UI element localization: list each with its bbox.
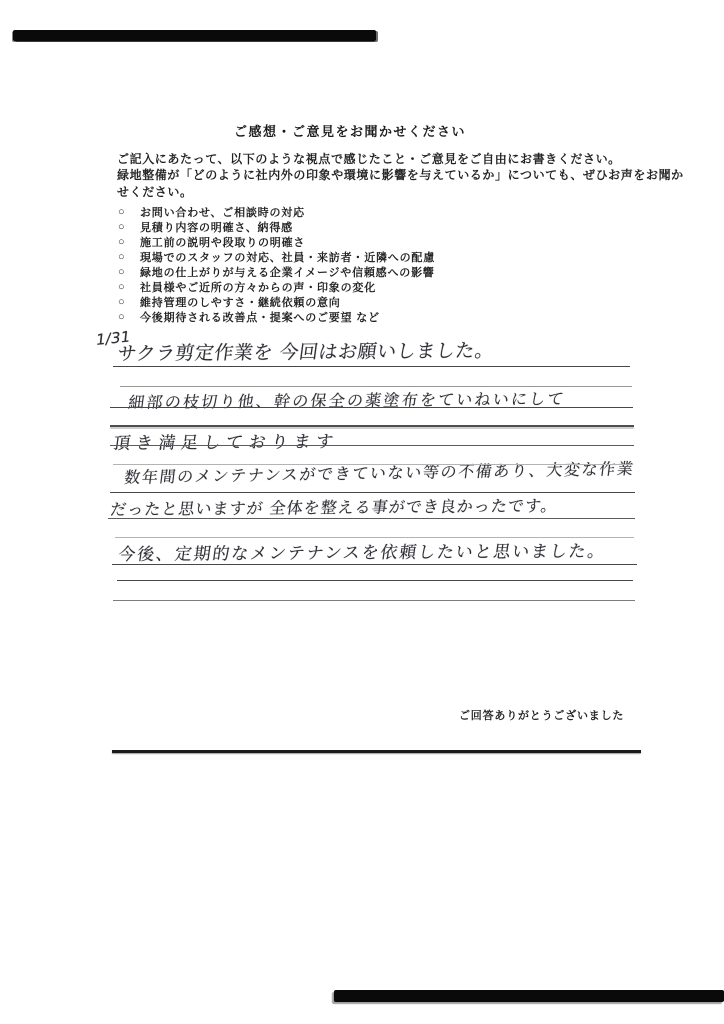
ruled-line <box>113 366 630 367</box>
ruled-line <box>115 537 634 538</box>
feedback-point: ○ 現場でのスタッフの対応、社員・来訪者・近隣への配慮 <box>118 249 598 264</box>
ruled-line <box>113 600 635 601</box>
feedback-point-label: 今後期待される改善点・提案へのご要望 など <box>140 309 380 325</box>
handwritten-line: サクラ剪定作業を 今回はお願いしました。 <box>116 336 496 366</box>
feedback-point: ○ 緑地の仕上がりが与える企業イメージや信頼感への影響 <box>118 264 598 279</box>
feedback-point: ○ 今後期待される改善点・提案へのご要望 など <box>118 310 598 325</box>
feedback-point: ○ 社員様やご近所の方々からの声・印象の変化 <box>118 279 598 294</box>
circle-bullet-icon: ○ <box>118 206 140 218</box>
ruled-line <box>112 564 637 565</box>
feedback-point-label: 見積り内容の明確さ、納得感 <box>140 219 293 235</box>
circle-bullet-icon: ○ <box>118 281 140 293</box>
footer-divider-line <box>112 750 641 753</box>
page-title: ご感想・ご意見をお聞かせください <box>120 121 580 140</box>
circle-bullet-icon: ○ <box>118 266 140 278</box>
circle-bullet-icon: ○ <box>118 236 140 248</box>
ruled-line <box>110 407 633 408</box>
circle-bullet-icon: ○ <box>118 251 140 263</box>
intro-line: せください。 <box>117 184 677 200</box>
ruled-line <box>108 518 635 519</box>
intro-line: 緑地整備が「どのように社内外の印象や環境に影響を与えているか」についても、ぜひお… <box>117 167 677 183</box>
intro-paragraph: ご記入にあたって、以下のような視点で感じたこと・ご意見をご自由にお書きください。… <box>117 151 677 200</box>
feedback-point-list: ○ お問い合わせ、ご相談時の対応 ○ 見積り内容の明確さ、納得感 ○ 施工前の説… <box>118 204 598 325</box>
feedback-point: ○ 見積り内容の明確さ、納得感 <box>118 219 598 234</box>
feedback-point-label: 社員様やご近所の方々からの声・印象の変化 <box>140 279 376 295</box>
feedback-point-label: 維持管理のしやすさ・継続依頼の意向 <box>140 294 341 310</box>
handwritten-line: 数年間のメンテナンスができていない等の不備あり、大変な作業 <box>123 456 636 488</box>
scanned-feedback-form: ご感想・ご意見をお聞かせください ご記入にあたって、以下のような視点で感じたこと… <box>0 0 724 1024</box>
ruled-line <box>113 464 633 465</box>
ruled-line <box>110 492 635 493</box>
feedback-point: ○ 維持管理のしやすさ・継続依頼の意向 <box>118 295 598 310</box>
circle-bullet-icon: ○ <box>118 311 140 323</box>
ruled-line <box>110 425 634 427</box>
feedback-point-label: 緑地の仕上がりが与える企業イメージや信頼感への影響 <box>140 264 435 280</box>
feedback-point: ○ 施工前の説明や段取りの明確さ <box>118 234 598 249</box>
handwritten-line: 細部の枝切り他、幹の保全の薬塗布をていねいにして <box>127 386 567 413</box>
scan-artifact-bar-bottom <box>334 990 724 1002</box>
ruled-line <box>120 386 632 387</box>
circle-bullet-icon: ○ <box>118 296 140 308</box>
ruled-line <box>117 580 633 581</box>
handwritten-line: だったと思いますが 全体を整える事ができ良かったです。 <box>109 493 559 520</box>
feedback-point-label: 現場でのスタッフの対応、社員・来訪者・近隣への配慮 <box>140 249 435 265</box>
handwritten-line: 頂き満足しております <box>112 427 341 454</box>
feedback-point-label: お問い合わせ、ご相談時の対応 <box>140 204 305 220</box>
feedback-point: ○ お問い合わせ、ご相談時の対応 <box>118 204 598 219</box>
circle-bullet-icon: ○ <box>118 221 140 233</box>
scan-artifact-bar-top <box>13 30 376 41</box>
feedback-point-label: 施工前の説明や段取りの明確さ <box>140 234 305 250</box>
handwritten-line: 今後、定期的なメンテナンスを依頼したいと思いました。 <box>117 537 608 565</box>
ruled-line <box>110 445 634 446</box>
thanks-note: ご回答ありがとうございました <box>459 707 624 723</box>
intro-line: ご記入にあたって、以下のような視点で感じたこと・ご意見をご自由にお書きください。 <box>117 151 677 167</box>
